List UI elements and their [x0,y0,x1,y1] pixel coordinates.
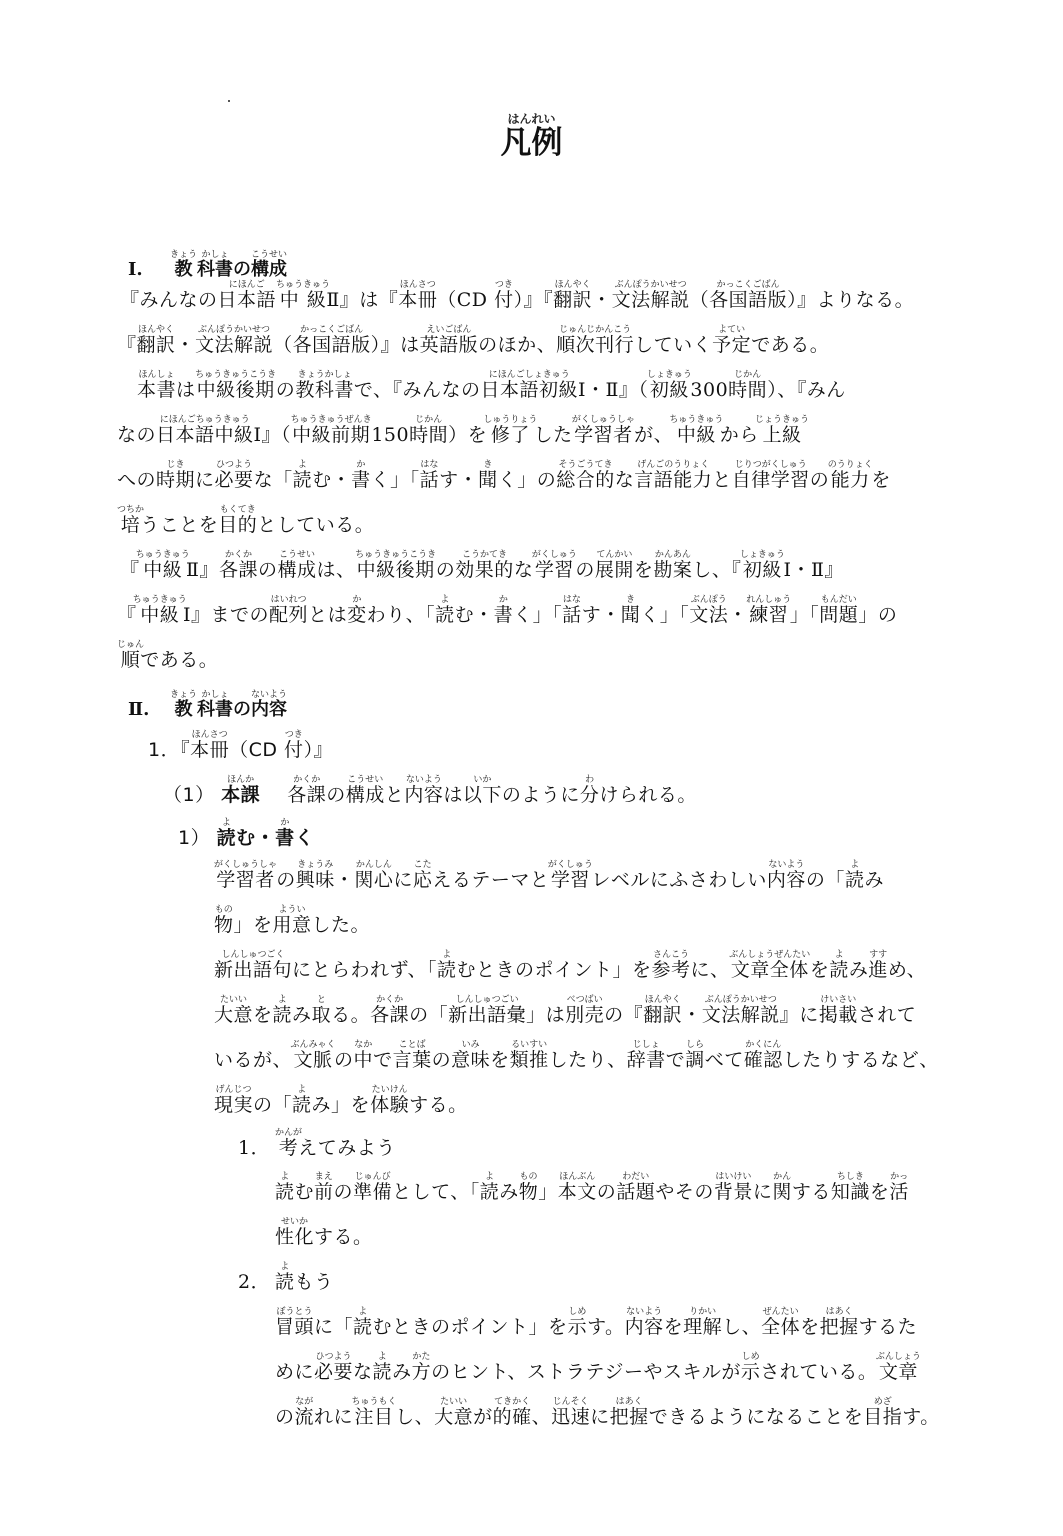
furigana: たいい [434,1397,473,1407]
ruby-word: 流なが [295,1406,315,1428]
ruby-word: 翻訳ほんやく [137,334,176,356]
furigana: ほんさつ [190,730,229,740]
furigana: よ [480,1172,500,1182]
ruby-word: 読よ [353,1316,373,1338]
ruby-word: 以下いか [463,784,502,806]
furigana: かんが [275,1128,302,1138]
scan-speck [228,100,230,102]
ruby-word: 読よ [275,1271,295,1293]
furigana: かくにん [744,1040,783,1050]
ruby-word: 調しら [685,1049,705,1071]
furigana: じんそく [551,1397,590,1407]
ruby-word: 展開てんかい [595,559,634,581]
text-line: 大意たいいを読よみ取とる。各課かくかの「新出語彙しんしゅつごい」は別売べつばいの… [214,995,916,1030]
ruby-word: 必要ひつよう [314,1361,353,1383]
ruby-word: 話はな [420,469,440,491]
furigana: ぶんしょうぜんたい [729,950,810,960]
ruby-word: 中級ちゅうきゅう [137,604,184,626]
furigana: つちか [117,505,144,515]
ruby-word: 教科書きょうかしょ [295,379,354,401]
ruby-word: 文章ぶんしょう [877,1361,921,1383]
furigana: もくてき [218,505,257,515]
ruby-word: 活かっ [889,1181,909,1203]
ruby-word: 各国語版かっこくごばん [709,289,787,311]
ruby-word: 類推るいすい [510,1049,549,1071]
ruby-word: 話はな [562,604,582,626]
furigana: か [494,595,514,605]
ruby-word: 関心かんしん [354,869,393,891]
ruby-word: 中級前期ちゅうきゅうぜんき [291,424,371,446]
furigana: てんかい [595,550,634,560]
ruby-word: 日本語にほんご [218,289,277,311]
ruby-word: 言語能力げんごのうりょく [634,469,712,491]
ruby-word: 物もの [214,914,234,936]
furigana: はあく [820,1307,859,1317]
ruby-word: 迅速じんそく [551,1406,590,1428]
furigana: しめ [568,1307,588,1317]
text-line: 『中級ちゅうきゅうⅠ』までの配列はいれつとは変かわり、「読よむ・書かく」「話はな… [117,595,897,630]
ruby-word: 関かん [772,1181,792,1203]
ruby-word: 掲載けいさい [819,1004,858,1026]
ruby-word: 本課ほんか [221,784,260,806]
furigana: そうごうてき [556,460,615,470]
step-label: 1． [238,1133,275,1163]
furigana: よ [217,818,237,828]
ruby-word: 中ちゅう [276,289,303,311]
furigana: きょうかしょ [295,370,354,380]
furigana: ちしき [831,1172,870,1182]
ruby-word: 示しめ [741,1361,761,1383]
ruby-word: 分わ [580,784,600,806]
ruby-word: 言葉ことば [393,1049,432,1071]
ruby-word: 勘案かんあん [653,559,692,581]
furigana: ぶんぽうかいせつ [612,280,690,290]
furigana: ようい [273,905,312,915]
ruby-word: 読よ [437,959,457,981]
ruby-word: 総合的そうごうてき [556,469,615,491]
ruby-word: 凡例はんれい [501,125,563,161]
ruby-word: 各国語版かっこくごばん [293,334,371,356]
ruby-word: 把握はあく [820,1316,859,1338]
furigana: ぶんぽうかいせつ [702,995,780,1005]
ruby-word: 大意たいい [434,1406,473,1428]
step-heading: 1．考かんがえてみよう [238,1128,396,1163]
furigana: じりつがくしゅう [732,460,810,470]
document-page: 凡例はんれい Ⅰ.教きょう科書かしょの構成こうせい 『みんなの日本語にほんご中ち… [0,0,1063,1536]
furigana: ひつよう [314,1352,353,1362]
furigana: れんしゅう [746,595,791,605]
item-label: （1） [163,784,215,806]
ruby-word: 時期じき [156,469,195,491]
ruby-word: 本文ほんぶん [558,1181,597,1203]
furigana: すす [868,950,888,960]
ruby-word: 時間じかん [728,379,767,401]
ruby-word: 本冊ほんさつ [190,739,229,761]
step-title: 読よもう [275,1271,334,1293]
furigana: よ [275,1172,295,1182]
ruby-word: 進すす [868,959,888,981]
ruby-word: 文章全体ぶんしょうぜんたい [730,959,810,981]
section-heading-2: Ⅱ.教きょう科書かしょの内容ないよう [128,690,287,725]
furigana: ないよう [404,775,443,785]
furigana: よ [292,1085,312,1095]
furigana: にほんごしょきゅう [480,370,578,380]
ruby-word: 教きょう [170,699,197,720]
furigana: ほんやく [643,995,682,1005]
ruby-word: 意味いみ [451,1049,490,1071]
furigana: ちゅうきゅうこうき [195,370,276,380]
ruby-word: 性化せいか [275,1226,314,1248]
furigana: たいけん [370,1085,409,1095]
section-title: 教きょう科書かしょの構成こうせい [170,259,287,280]
ruby-word: 文脈ぶんみゃく [292,1049,334,1071]
ruby-word: 日本語初級にほんごしょきゅう [480,379,578,401]
ruby-word: 予定よてい [712,334,751,356]
furigana: ほんしょ [137,370,176,380]
ruby-word: 目的もくてき [218,514,257,536]
furigana: しんしゅつごく [214,950,292,960]
ruby-word: 問題もんだい [819,604,858,626]
furigana: しょきゅう [647,370,692,380]
furigana: はな [420,460,440,470]
ruby-word: 読よ [373,1361,393,1383]
item-text: 各課かくかの構成こうせいと内容ないようは以下いかのように分わけられる。 [287,784,697,806]
ruby-word: 必要ひつよう [215,469,254,491]
ruby-word: 初級しょきゅう [648,379,690,401]
furigana: ちゅうきゅう [669,415,723,425]
furigana: ぶんしょう [876,1352,921,1362]
furigana: よ [353,1307,373,1317]
step-title: 考かんがえてみよう [275,1137,396,1159]
ruby-word: 内容ないよう [404,784,443,806]
furigana: りかい [683,1307,722,1317]
ruby-word: 準備じゅんび [353,1181,392,1203]
furigana: いか [463,775,502,785]
ruby-word: 付つき [494,289,514,311]
ruby-word: 読よ [217,827,237,849]
ruby-word: 中なか [354,1049,374,1071]
text-line: 順じゅんである。 [117,640,218,675]
furigana: かた [412,1352,432,1362]
ruby-word: 参考さんこう [652,959,691,981]
ruby-word: 話題わだい [616,1181,655,1203]
furigana: きょうみ [296,860,335,870]
furigana: はんれい [501,112,563,126]
furigana: かんしん [354,860,393,870]
furigana: はあく [610,1397,649,1407]
ruby-word: 教きょう [170,259,197,280]
text-line: めに必要ひつような読よみ方かたのヒント、ストラテジーやスキルが示しめされている。… [275,1352,921,1387]
furigana: よ [293,460,313,470]
furigana: ひつよう [215,460,254,470]
furigana: ほんぶん [558,1172,597,1182]
text-line: 冒頭ぼうとうに「読よむときのポイント」を示しめす。内容ないようを理解りかいし、全… [275,1307,917,1342]
ruby-word: 配列はいれつ [269,604,308,626]
ruby-word: 練習れんしゅう [748,604,790,626]
furigana: かん [772,1172,792,1182]
ruby-word: 新出語句しんしゅつごく [214,959,292,981]
furigana: きょう [170,250,197,260]
ruby-word: 科書かしょ [197,699,233,720]
ruby-word: 本冊ほんさつ [398,289,437,311]
ruby-word: 書か [275,827,295,849]
subitem-label: 1） [178,827,210,849]
text-line: 新出語句しんしゅつごくにとらわれず、「読よむときのポイント」を参考さんこうに、文… [214,950,926,985]
furigana: か [351,460,371,470]
ruby-word: 確認かくにん [744,1049,783,1071]
furigana: げんごのうりょく [634,460,712,470]
furigana: かっこくごばん [293,325,371,335]
ruby-word: 構成こうせい [346,784,385,806]
furigana: きゅう [303,280,330,290]
ruby-word: 用意ようい [273,914,312,936]
section-number: Ⅱ. [128,695,170,725]
furigana: よてい [712,325,751,335]
furigana: てきかく [493,1397,532,1407]
furigana: がくしゅう [548,860,593,870]
furigana: と [312,995,332,1005]
ruby-word: 取と [312,1004,332,1026]
furigana: よ [273,995,293,1005]
furigana: ぶんぽうかいせつ [195,325,273,335]
furigana: めざ [863,1397,902,1407]
text-line: 本書ほんしょは中級後期ちゅうきゅうこうきの教科書きょうかしょで、『みんなの日本語… [137,370,846,405]
furigana: いみ [451,1040,490,1050]
ruby-word: 構成こうせい [277,559,316,581]
ruby-word: 級きゅう [303,289,326,311]
ruby-word: 上級じょうきゅう [759,424,809,446]
ruby-word: 興味きょうみ [296,869,335,891]
ruby-word: 中級ちゅうきゅう [673,424,720,446]
text-line: 物もの」を用意よういした。 [214,905,370,940]
ruby-word: 背景はいけい [714,1181,753,1203]
furigana: かしょ [197,690,233,700]
ruby-word: 文法ぶんぽう [689,604,728,626]
ruby-word: 各課かくか [370,1004,409,1026]
furigana: じょうきゅう [755,415,809,425]
furigana: き [621,595,641,605]
furigana: はいけい [714,1172,753,1182]
ruby-word: 考かんが [275,1137,298,1159]
furigana: よ [437,950,457,960]
furigana: つき [494,280,514,290]
furigana: つき [284,730,304,740]
furigana: こうせい [251,250,287,260]
text-line: 学習者がくしゅうしゃの興味きょうみ・関心かんしんに応こたえるテーマと学習がくしゅ… [214,860,884,895]
ruby-word: 変か [347,604,367,626]
text-line: の流ながれに注目ちゅうもくし、大意たいいが的確てきかく、迅速じんそくに把握はあく… [275,1397,940,1432]
ruby-word: 読よ [273,1004,293,1026]
text-line: 現実げんじつの「読よみ」を体験たいけんする。 [214,1085,468,1120]
ruby-word: 聞き [621,604,641,626]
furigana: かくか [219,550,258,560]
furigana: かっこくごばん [709,280,787,290]
furigana: ちゅうきゅう [136,550,190,560]
furigana: しめ [741,1352,761,1362]
furigana: ほんか [221,775,260,785]
page-title: 凡例はんれい [0,112,1063,168]
ruby-word: 自律学習じりつがくしゅう [732,469,810,491]
ruby-word: 内容ないよう [251,699,287,720]
ruby-word: 方かた [412,1361,432,1383]
ruby-word: 大意たいい [214,1004,253,1026]
ruby-word: 読よ [435,604,455,626]
ruby-word: 英語版えいごばん [420,334,479,356]
furigana: か [275,818,295,828]
ruby-word: 目指めざ [863,1406,902,1428]
furigana: げんじつ [214,1085,253,1095]
furigana: よ [829,950,849,960]
furigana: こた [413,860,433,870]
furigana: がくしゅうしゃ [214,860,277,870]
furigana: ぼうとう [275,1307,314,1317]
text-line: への時期じきに必要ひつような「読よむ・書かく」「話はなす・聞きく」の総合的そうご… [117,460,891,495]
furigana: のうりょく [828,460,873,470]
furigana: じゅんじかんこう [556,325,634,335]
ruby-word: 辞書じしょ [627,1049,666,1071]
ruby-word: 効果的こうかてき [455,559,514,581]
item-heading: （1） 本課ほんか 各課かくかの構成こうせいと内容ないようは以下いかのように分わ… [163,775,697,810]
furigana: なか [354,1040,374,1050]
furigana: さんこう [652,950,691,960]
ruby-word: 把握はあく [610,1406,649,1428]
ruby-word: 時間じかん [409,424,448,446]
ruby-word: 体験たいけん [370,1094,409,1116]
ruby-word: 文法解説ぶんぽうかいせつ [612,289,690,311]
ruby-word: 冒頭ぼうとう [275,1316,314,1338]
furigana: もの [214,905,234,915]
step-label: 2． [238,1267,275,1297]
ruby-word: 能力のうりょく [829,469,871,491]
ruby-word: 読よ [845,869,865,891]
ruby-word: 読よ [293,469,313,491]
subitem-heading: 1） 読よむ・書かく [178,818,314,853]
ruby-word: 科書かしょ [197,259,233,280]
ruby-word: 読よ [292,1094,312,1116]
ruby-word: 全体ぜんたい [761,1316,800,1338]
furigana: ちゅうもく [352,1397,397,1407]
furigana: ぜんたい [761,1307,800,1317]
ruby-word: 日本語中級にほんごちゅうきゅう [156,424,254,446]
furigana: がくしゅうしゃ [572,415,635,425]
ruby-word: 各課かくか [219,559,258,581]
furigana: けいさい [819,995,858,1005]
furigana: じゅん [117,640,144,650]
furigana: き [478,460,498,470]
furigana: ほんやく [553,280,592,290]
text-line: 培つちかうことを目的もくてきとしている。 [117,505,374,540]
ruby-word: 学習がくしゅう [549,869,591,891]
furigana: もんだい [819,595,858,605]
furigana: ちゅうきゅう [133,595,187,605]
furigana: かしょ [197,250,233,260]
ruby-word: 学習がくしゅう [533,559,575,581]
text-line: なの日本語中級にほんごちゅうきゅうⅠ』（中級前期ちゅうきゅうぜんき150時間じか… [117,415,809,450]
ruby-word: 聞き [478,469,498,491]
ruby-word: 本書ほんしょ [137,379,176,401]
subsection-heading: 1．『本冊ほんさつ（CD 付つき）』 [148,730,333,765]
ruby-word: 修了しゅうりょう [487,424,534,446]
furigana: はいれつ [269,595,308,605]
furigana: ぶんぽう [689,595,728,605]
furigana: こうせい [346,775,385,785]
furigana: わだい [616,1172,655,1182]
furigana: にほんご [218,280,277,290]
furigana: ないよう [625,1307,664,1317]
section-title: 教きょう科書かしょの内容ないよう [170,699,287,720]
ruby-word: 翻訳ほんやく [553,289,592,311]
text-line: 『翻訳ほんやく・文法解説ぶんぽうかいせつ（各国語版かっこくごばん）』は英語版えい… [117,325,829,360]
ruby-word: 応こた [413,869,433,891]
furigana: きょう [170,690,197,700]
ruby-word: 理解りかい [683,1316,722,1338]
ruby-word: 読よ [829,959,849,981]
furigana: しゅうりょう [483,415,537,425]
furigana: ぶんみゃく [291,1040,336,1050]
ruby-word: 新出語彙しんしゅつごい [448,1004,526,1026]
furigana: ないよう [767,860,806,870]
furigana: じかん [728,370,767,380]
ruby-word: 文法解説ぶんぽうかいせつ [702,1004,780,1026]
ruby-word: 構成こうせい [251,259,287,280]
furigana: たいい [214,995,253,1005]
furigana: よ [845,860,865,870]
ruby-word: 内容ないよう [625,1316,664,1338]
ruby-word: 内容ないよう [767,869,806,891]
ruby-word: 各課かくか [287,784,326,806]
furigana: なが [295,1397,315,1407]
ruby-word: 読よ [275,1181,295,1203]
furigana: こうせい [277,550,316,560]
furigana: しょきゅう [740,550,785,560]
ruby-word: 知識ちしき [831,1181,870,1203]
furigana: よ [373,1352,393,1362]
furigana: よ [275,1262,295,1272]
furigana: よ [435,595,455,605]
furigana: か [347,595,367,605]
furigana: しんしゅつごい [448,995,526,1005]
furigana: じゅんび [353,1172,392,1182]
ruby-word: 順じゅん [117,649,140,671]
ruby-word: 順次刊行じゅんじかんこう [556,334,634,356]
furigana: かくか [370,995,409,1005]
ruby-word: 中級ちゅうきゅう [140,559,187,581]
furigana: えいごばん [420,325,479,335]
furigana: かんあん [653,550,692,560]
ruby-word: 中級後期ちゅうきゅうこうき [196,379,276,401]
step-heading: 2．読よもう [238,1262,334,1297]
ruby-word: 書か [494,604,514,626]
ruby-word: 初級しょきゅう [741,559,783,581]
ruby-word: 前まえ [314,1181,334,1203]
furigana: ちゅう [276,280,303,290]
furigana: しら [685,1040,705,1050]
furigana: ちゅうきゅうこうき [355,550,436,560]
furigana: にほんごちゅうきゅう [156,415,254,425]
ruby-word: 物もの [519,1181,539,1203]
furigana: がくしゅう [532,550,577,560]
text-line: いるが、文脈ぶんみゃくの中なかで言葉ことばの意味いみを類推るいすいしたり、辞書じ… [214,1040,939,1075]
ruby-word: 文法解説ぶんぽうかいせつ [195,334,273,356]
text-line: 性化せいかする。 [275,1217,373,1252]
ruby-word: 読よ [480,1181,500,1203]
furigana: こうかてき [455,550,514,560]
furigana: せいか [275,1217,314,1227]
ruby-word: 注目ちゅうもく [353,1406,395,1428]
text-line: 『みんなの日本語にほんご中ちゅう級きゅうⅡ』は『本冊ほんさつ（CD 付つき）』『… [120,280,914,315]
furigana: わ [580,775,600,785]
text-line: 読よむ前まえの準備じゅんびとして、「読よみ物もの」本文ほんぶんの話題わだいやその… [275,1172,909,1207]
